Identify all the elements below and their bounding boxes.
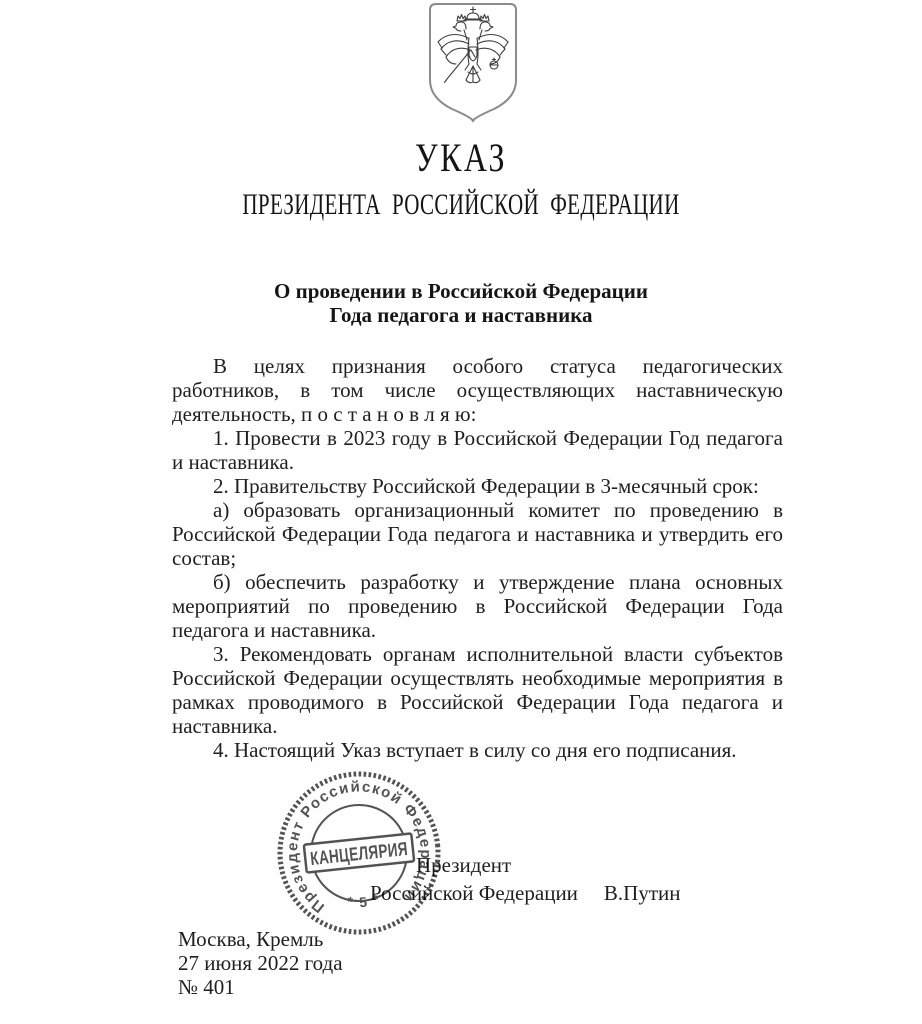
signature-title-line-2: Российской ФедерацииВ.Путин: [370, 879, 681, 907]
document-subject: О проведении в Российской Федерации Года…: [0, 279, 922, 327]
paragraph-preamble: В целях признания особого статуса педаго…: [172, 354, 783, 426]
document-body: В целях признания особого статуса педаго…: [0, 354, 922, 762]
footer-place: Москва, Кремль: [178, 927, 343, 951]
subject-line-1: О проведении в Российской Федерации: [0, 279, 922, 303]
subject-line-2: Года педагога и наставника: [0, 303, 922, 327]
paragraph-item-2: 2. Правительству Российской Федерации в …: [172, 474, 783, 498]
paragraph-item-2b: б) обеспечить разработку и утверждение п…: [172, 570, 783, 642]
paragraph-item-3: 3. Рекомендовать органам исполнительной …: [172, 642, 783, 738]
coat-of-arms-icon: [423, 2, 523, 124]
footer-block: Москва, Кремль 27 июня 2022 года № 401: [178, 927, 343, 999]
paragraph-item-1: 1. Провести в 2023 году в Российской Фед…: [172, 426, 783, 474]
document-subtitle: ПРЕЗИДЕНТА РОССИЙСКОЙ ФЕДЕРАЦИИ: [138, 190, 783, 220]
emblem-container: [0, 0, 922, 124]
paragraph-item-4: 4. Настоящий Указ вступает в силу со дня…: [172, 738, 783, 762]
signature-title-line-2-text: Российской Федерации: [370, 881, 578, 905]
footer-number: № 401: [178, 975, 343, 999]
decree-document: УКАЗ ПРЕЗИДЕНТА РОССИЙСКОЙ ФЕДЕРАЦИИ О п…: [0, 0, 922, 1024]
signature-block: Президент Российской ФедерацииВ.Путин: [370, 851, 681, 907]
paragraph-item-2a: а) образовать организационный комитет по…: [172, 498, 783, 570]
signature-name: В.Путин: [604, 881, 681, 905]
footer-date: 27 июня 2022 года: [178, 951, 343, 975]
signature-title-line-1: Президент: [370, 851, 681, 879]
document-title: УКАЗ: [92, 138, 830, 178]
